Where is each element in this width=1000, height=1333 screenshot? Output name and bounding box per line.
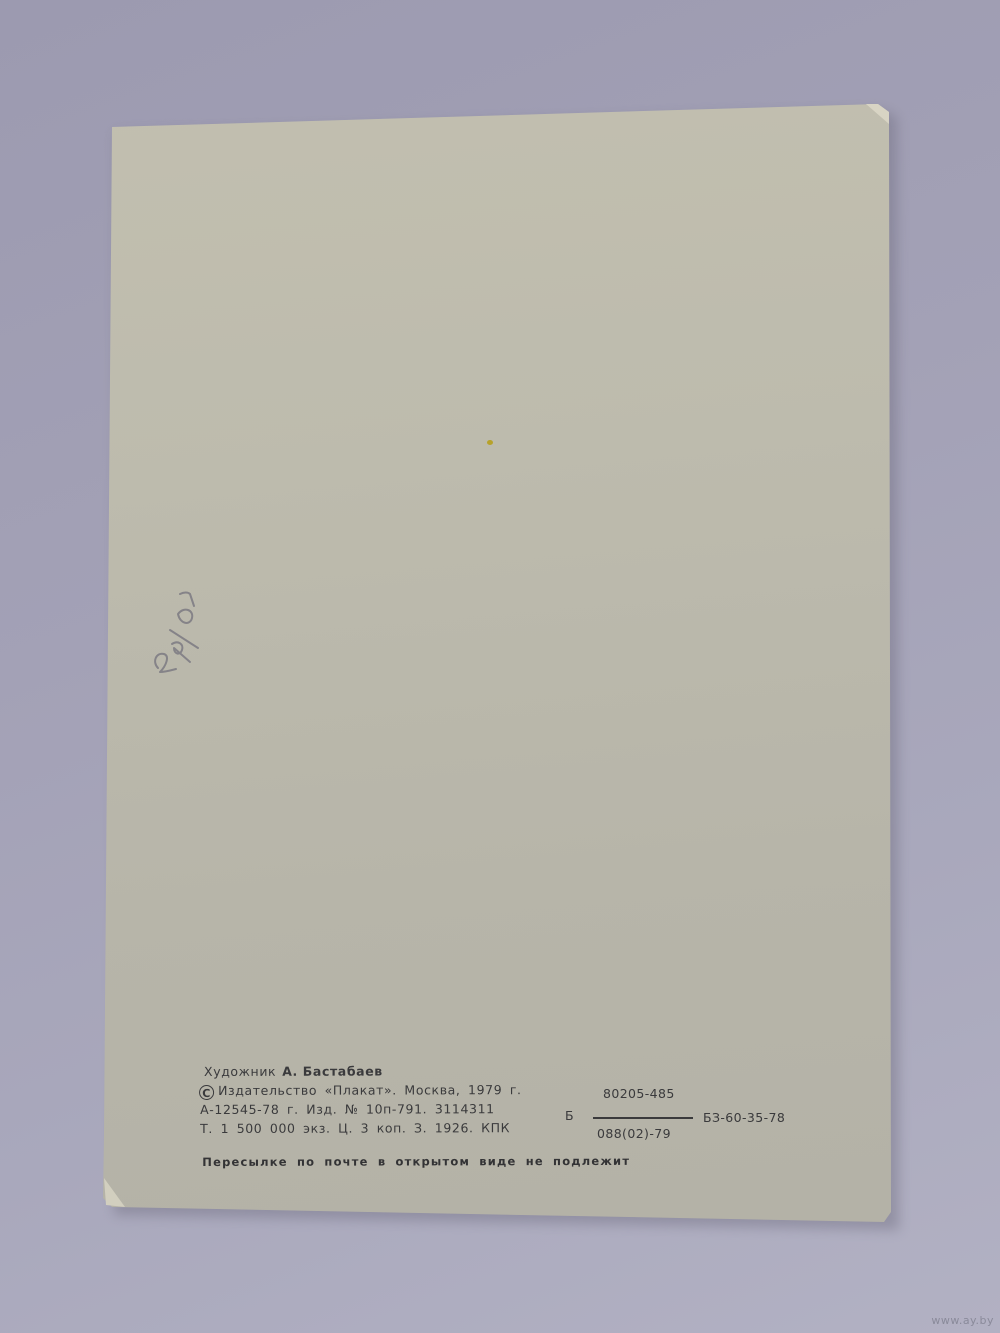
- artist-credit: ХудожникА. Бастабаев: [204, 1064, 383, 1079]
- handwritten-note: [150, 570, 210, 680]
- permit-line: А-12545-78 г. Изд. № 10п-791. 3114311: [200, 1101, 495, 1117]
- catalog-numerator: 80205-485: [603, 1086, 675, 1101]
- copyright-icon: C: [199, 1085, 214, 1100]
- catalog-denominator: 088(02)-79: [597, 1126, 671, 1141]
- print-run-line: Т. 1 500 000 экз. Ц. 3 коп. З. 1926. КПК: [200, 1120, 510, 1136]
- artist-name: А. Бастабаев: [282, 1064, 383, 1079]
- publisher-text: Издательство «Плакат». Москва, 1979 г.: [218, 1082, 522, 1098]
- postal-notice: Пересылке по почте в открытом виде не по…: [202, 1154, 630, 1169]
- catalog-prefix: Б: [565, 1108, 574, 1123]
- catalog-suffix: БЗ-60-35-78: [703, 1110, 785, 1125]
- fraction-divider: [593, 1117, 693, 1119]
- site-watermark: www.ay.by: [931, 1314, 994, 1327]
- artist-label: Художник: [204, 1064, 276, 1079]
- publisher-line: CИздательство «Плакат». Москва, 1979 г.: [199, 1082, 522, 1100]
- ink-spot: [487, 440, 493, 445]
